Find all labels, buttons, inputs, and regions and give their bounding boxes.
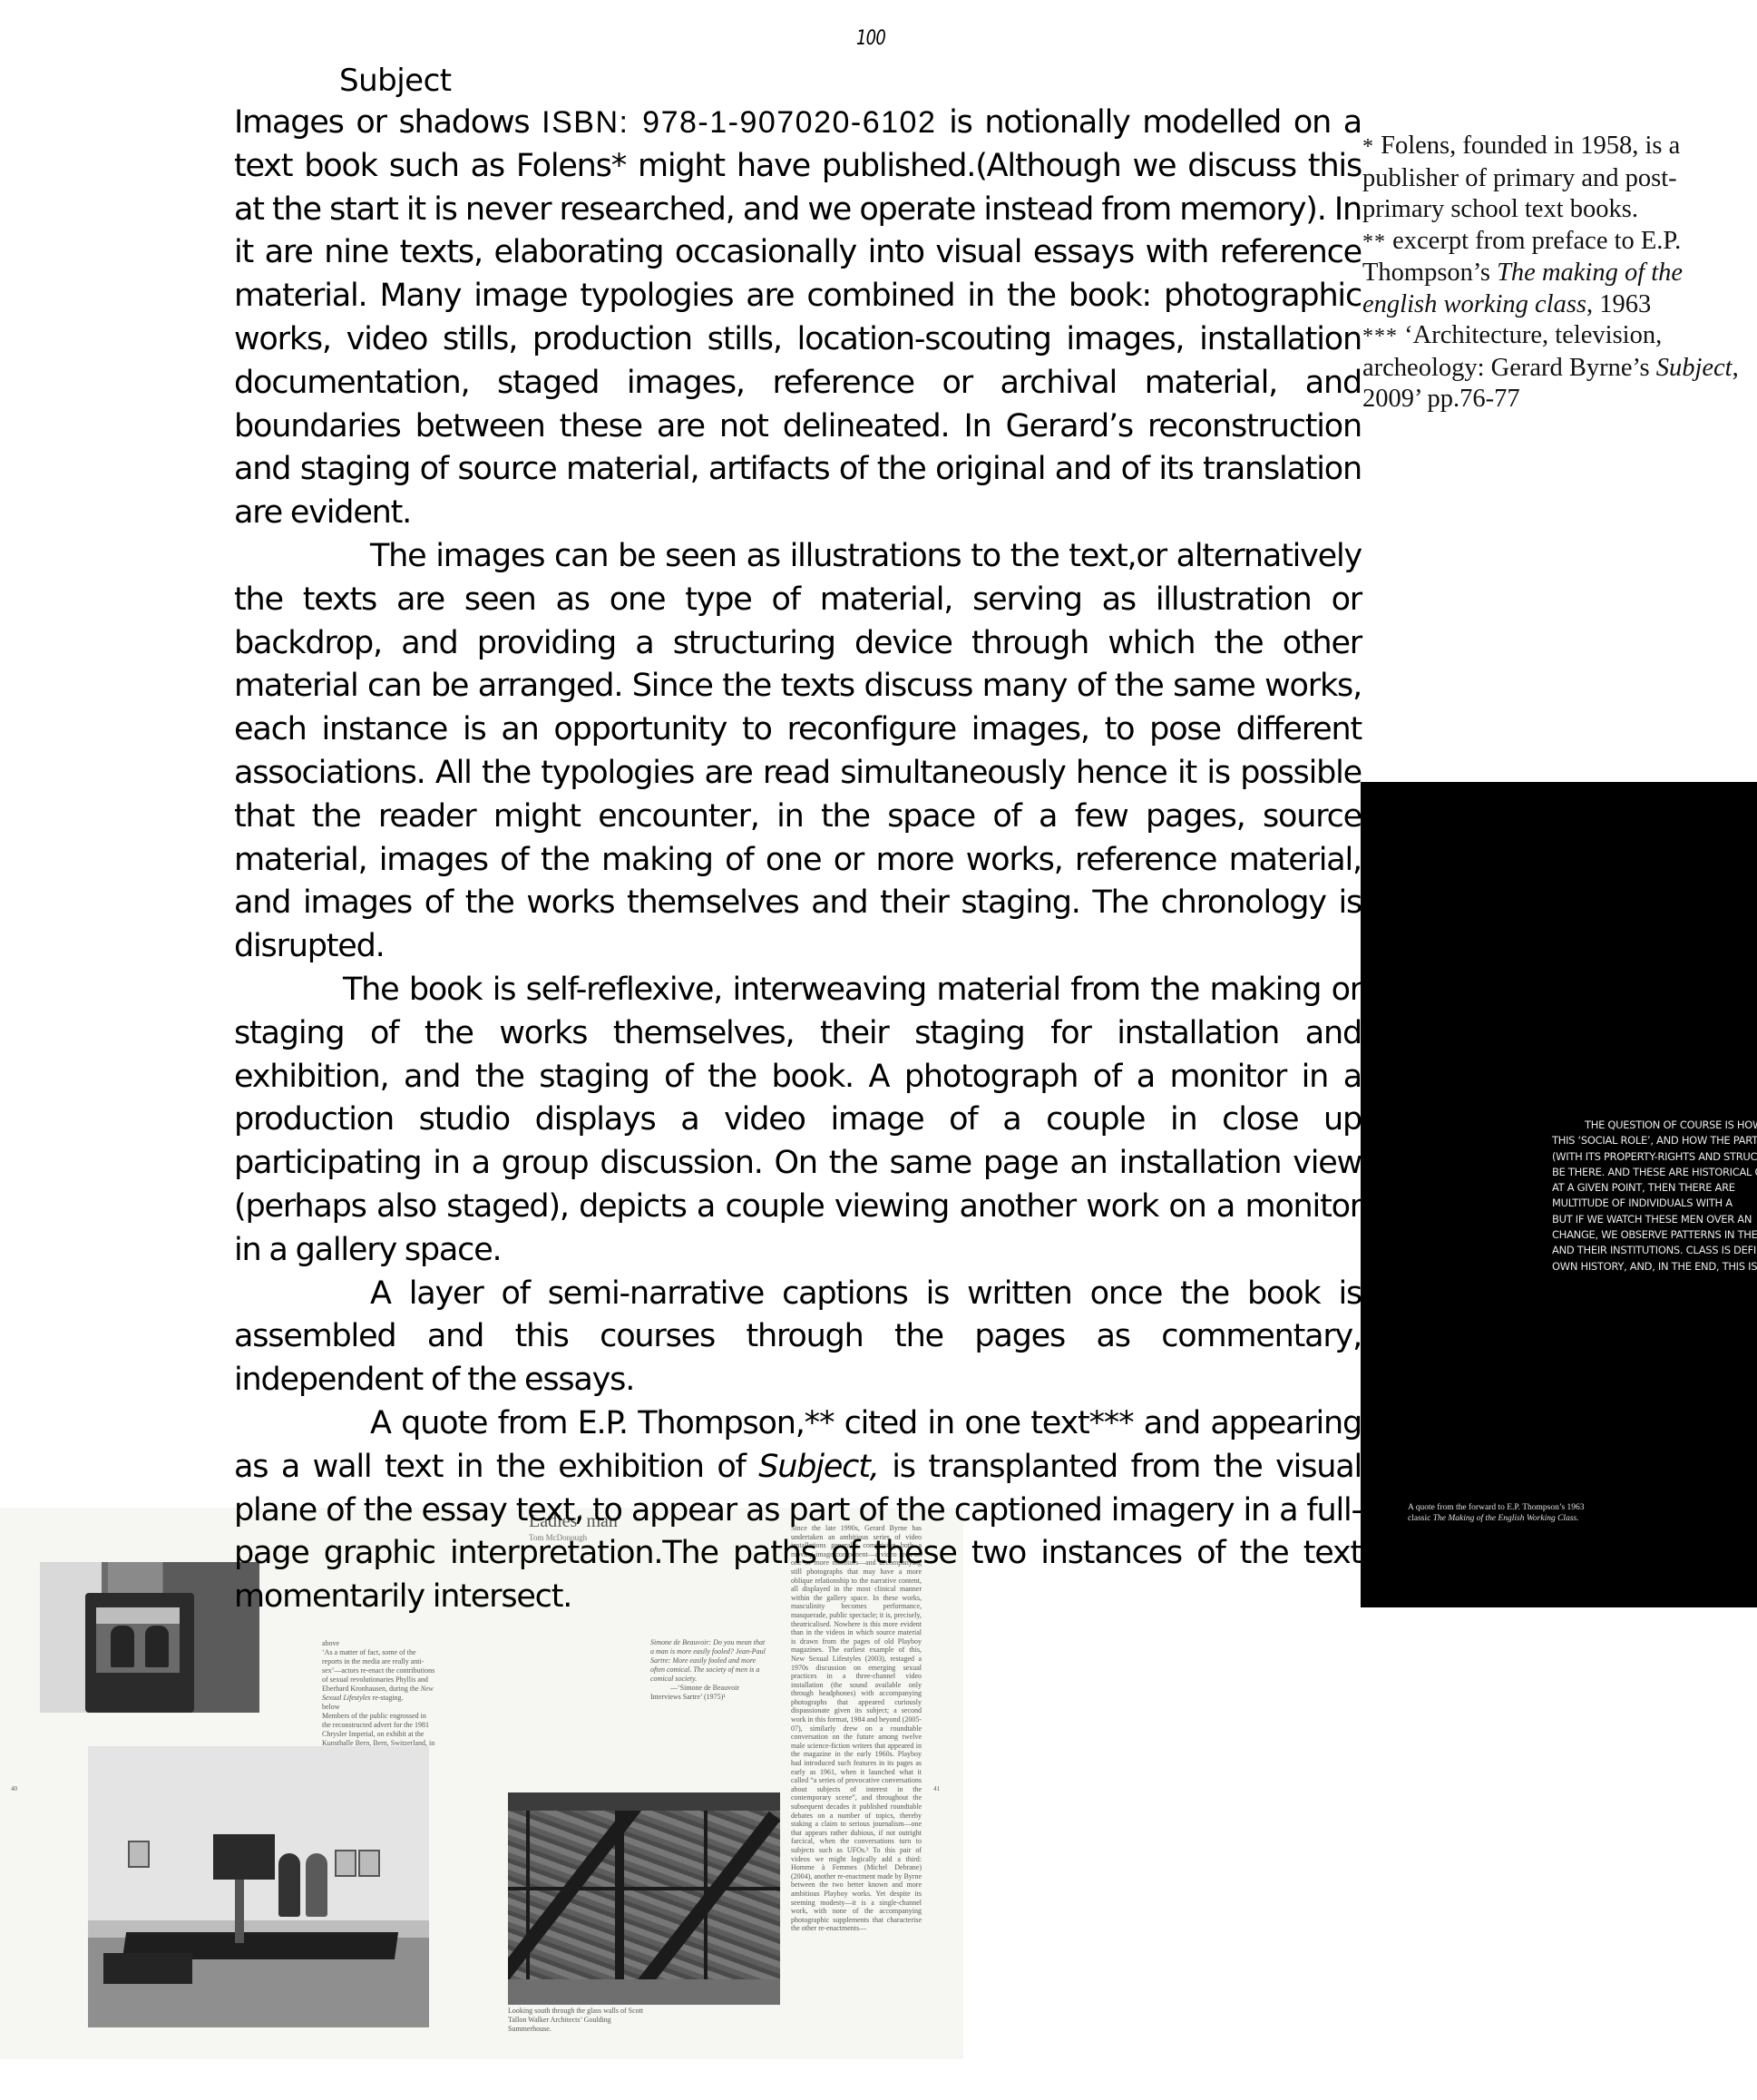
wall-text-line: MULTITUDE OF INDIVIDUALS WITH A [1552,1196,1757,1211]
wall-text-line: BUT IF WE WATCH THESE MEN OVER AN [1552,1212,1757,1227]
wall-panel-caption: A quote from the forward to E.P. Thompso… [1408,1502,1607,1524]
footnote-marker: ** [1362,230,1386,254]
monitor-pole-shape [235,1880,244,1943]
quote-text: Simone de Beauvoir: Do you mean that a m… [650,1638,766,1683]
wall-frame-icon [128,1841,150,1868]
window-transom [508,1887,780,1890]
footnote-text: Folens, founded in 1958, is a publisher … [1362,132,1680,223]
footnotes: * Folens, founded in 1958, is a publishe… [1362,131,1752,415]
viewer-figure-icon [278,1853,300,1917]
essay-body: Subject Images or shadows ISBN: 978-1-90… [234,102,1362,1619]
folio-left: 40 [11,1785,17,1792]
gallery-installation-photo [88,1746,429,2027]
footnote-marker: * [1362,135,1374,159]
essay-paragraph-3: The book is self-reflexive, interweaving… [234,969,1362,1273]
wall-text-panel: THE QUESTION OF COURSE IS HOW THIS ‘SOCI… [1361,782,1757,1607]
caption-label: above [322,1639,435,1648]
wall-frame-icon [358,1850,380,1877]
caption-text: ‘As a matter of fact, some of the report… [322,1648,434,1693]
footnote-2: ** excerpt from preface to E.P. Thompson… [1362,226,1752,321]
essay-paragraph-2: The images can be seen as illustrations … [234,535,1362,969]
beauvoir-quote: Simone de Beauvoir: Do you mean that a m… [650,1638,768,1702]
wall-text-line: AT A GIVEN POINT, THEN THERE ARE [1552,1180,1757,1196]
wall-text-quote: THE QUESTION OF COURSE IS HOW THIS ‘SOCI… [1552,1118,1757,1275]
viewer-figure-icon [306,1853,327,1917]
wall-text-line: OWN HISTORY, AND, IN THE END, THIS IS [1552,1259,1757,1275]
tv-monitor-icon [85,1593,194,1713]
tv-screen-couple [96,1607,180,1673]
exhibition-title: Subject, [758,1449,878,1485]
essay-paragraph-4: A layer of semi-narrative captions is wr… [234,1273,1362,1402]
essay-paragraph-5: A quote from E.P. Thompson,** cited in o… [234,1402,1362,1619]
footnote-1: * Folens, founded in 1958, is a publishe… [1362,131,1752,226]
caption-text: re-staging. [373,1694,404,1702]
studio-monitor-photo [40,1562,259,1713]
glass-wall-photo [508,1792,780,2005]
caption-label: below [322,1703,435,1712]
wall-text-line: CHANGE, WE OBSERVE PATTERNS IN THE [1552,1227,1757,1243]
wall-text-line: THIS ‘SOCIAL ROLE’, AND HOW THE PARTI [1552,1133,1757,1148]
quote-attribution: —‘Simone de Beauvoir [650,1684,768,1693]
wall-text-line: BE THERE. AND THESE ARE HISTORICAL Q [1552,1165,1757,1180]
wall-text-line: AND THEIR INSTITUTIONS. CLASS IS DEFI [1552,1243,1757,1258]
wall-frame-icon [335,1850,356,1877]
footnote-marker: *** [1362,325,1398,348]
isbn-text: ISBN: 978-1-907020-6102 [542,105,936,140]
caption-above: above ‘As a matter of fact, some of the … [322,1639,435,1703]
book-title-text: Images or shadows [234,104,529,141]
footnote-text: , 1963 [1586,290,1651,318]
monitor-rig-icon [213,1834,275,1880]
paragraph-text: is notionally modelled on a text book su… [234,104,1362,531]
wall-text-line: (WITH ITS PROPERTY-RIGHTS AND STRUC [1552,1149,1757,1165]
essay-heading: Subject [339,60,1362,102]
footnote-work-title: Subject [1656,354,1733,382]
diagonal-brace [613,1812,780,2005]
folio-right: 41 [933,1785,940,1792]
footnote-text: ‘Architecture, television, archeology: G… [1362,321,1662,382]
quote-attribution: Interviews Sartre’ (1975)¹ [650,1693,768,1702]
step-shape [103,1953,192,1984]
wall-text-line: THE QUESTION OF COURSE IS HOW [1552,1118,1757,1133]
page-number: 100 [856,27,885,50]
footnote-3: *** ‘Architecture, television, archeolog… [1362,320,1752,415]
essay-paragraph-1: Images or shadows ISBN: 978-1-907020-610… [234,102,1362,535]
caption-window: Looking south through the glass walls of… [508,2007,644,2034]
wall-caption-book-title: The Making of the English Working Class. [1433,1514,1579,1523]
